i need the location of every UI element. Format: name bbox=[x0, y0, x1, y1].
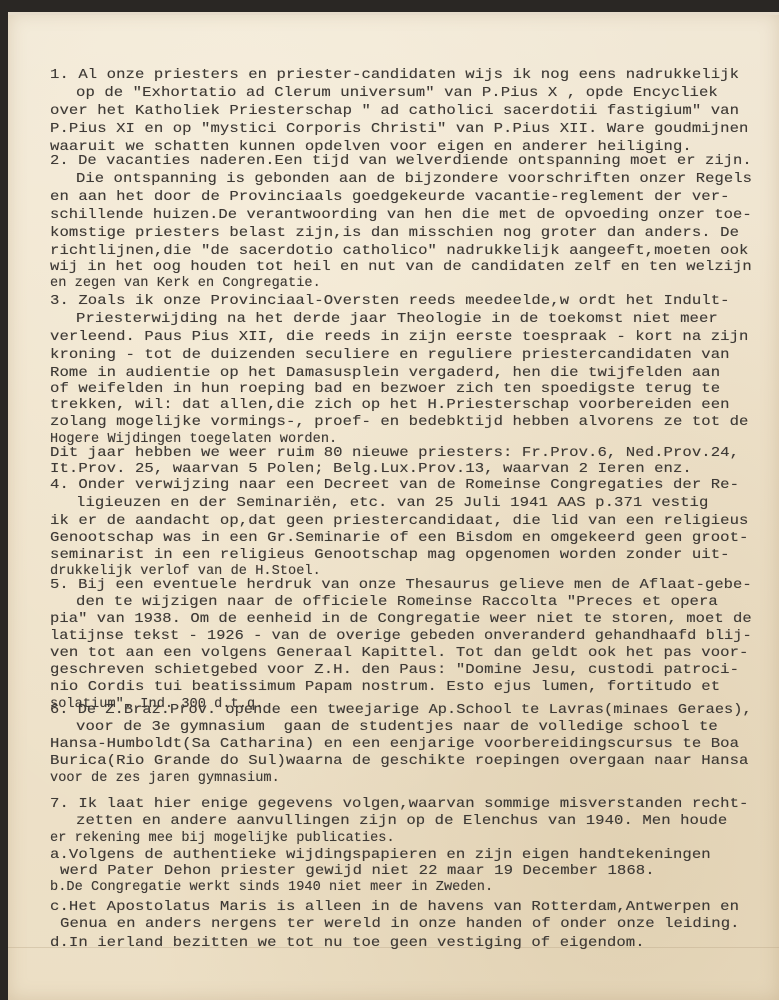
subitem-d-line-1: d.In ierland bezitten we tot nu toe geen… bbox=[50, 936, 645, 952]
section-6-line-2: voor de 3e gymnasium gaan de studentjes … bbox=[76, 720, 718, 736]
subitem-b-line-1: b.De Congregatie werkt sinds 1940 niet m… bbox=[50, 880, 493, 896]
section-3-line-3: verleend. Paus Pius XII, die reeds in zi… bbox=[50, 330, 748, 346]
section-7-line-2: zetten en andere aanvullingen zijn op de… bbox=[76, 814, 727, 830]
section-2-line-7: wij in het oog houden tot heil en nut va… bbox=[50, 260, 752, 276]
section-3-line-10: Dit jaar hebben we weer ruim 80 nieuwe p… bbox=[50, 446, 739, 462]
section-5-line-6: geschreven schietgebed voor Z.H. den Pau… bbox=[50, 663, 739, 679]
section-1-line-2: op de "Exhortatio ad Clerum universum" v… bbox=[76, 86, 718, 102]
section-4-line-2: ligieuzen en der Seminariën, etc. van 25… bbox=[76, 496, 708, 512]
section-3-line-5: Rome in audientie op het Damasusplein ve… bbox=[50, 366, 720, 382]
section-3-line-1: 3. Zoals ik onze Provinciaal-Oversten re… bbox=[50, 294, 730, 310]
section-5-line-7: nio Cordis tui beatissimum Papam nostrum… bbox=[50, 680, 720, 696]
paper-edge bbox=[8, 12, 779, 15]
section-3-line-8: zolang mogelijke vormings-, proef- en be… bbox=[50, 415, 748, 431]
section-3-line-2: Priesterwijding na het derde jaar Theolo… bbox=[76, 312, 718, 328]
section-1-line-3: over het Katholiek Priesterschap " ad ca… bbox=[50, 104, 739, 120]
section-5-line-1: 5. Bij een eventuele herdruk van onze Th… bbox=[50, 578, 752, 594]
section-3-line-4: kroning - tot de duizenden seculiere en … bbox=[50, 348, 730, 364]
subitem-a-line-2: werd Pater Dehon priester gewijd niet 22… bbox=[60, 864, 655, 880]
subitem-c-line-1: c.Het Apostolatus Maris is alleen in de … bbox=[50, 900, 739, 916]
section-2-line-1: 2. De vacanties naderen.Een tijd van wel… bbox=[50, 154, 752, 170]
section-5-line-5: ven tot aan een volgens Generaal Kapitte… bbox=[50, 646, 748, 662]
section-1-line-1: 1. Al onze priesters en priester-candida… bbox=[50, 68, 739, 84]
section-6-line-3: Hansa-Humboldt(Sa Catharina) en een eenj… bbox=[50, 737, 739, 753]
section-1-line-4: P.Pius XI en op "mystici Corporis Christ… bbox=[50, 122, 748, 138]
section-4-line-4: Genootschap was in een Gr.Seminarie of e… bbox=[50, 531, 748, 547]
section-2-line-5: komstige priesters belast zijn,is dan mi… bbox=[50, 226, 739, 242]
section-6-line-1: 6. De Z.Braz.Prov. opende een tweejarige… bbox=[50, 703, 752, 719]
section-5-line-2: den te wijzigen naar de officiele Romein… bbox=[76, 595, 718, 611]
section-3-line-7: trekken, wil: dat allen,die zich op het … bbox=[50, 398, 730, 414]
section-7-line-3: er rekening mee bij mogelijke publicatie… bbox=[50, 831, 395, 847]
section-4-line-1: 4. Onder verwijzing naar een Decreet van… bbox=[50, 478, 739, 494]
section-4-line-3: ik er de aandacht op,dat geen priesterca… bbox=[50, 514, 748, 530]
section-7-line-1: 7. Ik laat hier enige gegevens volgen,wa… bbox=[50, 797, 748, 813]
section-2-line-4: schillende huizen.De verantwoording van … bbox=[50, 208, 752, 224]
section-2-line-3: en aan het door de Provinciaals goedgeke… bbox=[50, 190, 730, 206]
section-2-line-6: richtlijnen,die "de sacerdotio catholico… bbox=[50, 244, 748, 260]
section-4-line-5: seminarist in een religieus Genootschap … bbox=[50, 548, 730, 564]
section-2-line-8: en zegen van Kerk en Congregatie. bbox=[50, 276, 321, 292]
section-6-line-4: Burica(Rio Grande do Sul)waarna de gesch… bbox=[50, 754, 748, 770]
subitem-c-line-2: Genua en anders nergens ter wereld in on… bbox=[60, 917, 740, 933]
section-5-line-3: pia" van 1938. Om de eenheid in de Congr… bbox=[50, 612, 752, 628]
scanned-document: 1. Al onze priesters en priester-candida… bbox=[0, 0, 779, 1000]
section-3-line-6: of weifelden in hun roeping bad en bezwo… bbox=[50, 382, 720, 398]
section-5-line-4: latijnse tekst - 1926 - van de overige g… bbox=[50, 629, 752, 645]
section-3-line-11: It.Prov. 25, waarvan 5 Polen; Belg.Lux.P… bbox=[50, 462, 692, 478]
section-2-line-2: Die ontspanning is gebonden aan de bijzo… bbox=[76, 172, 752, 188]
subitem-a-line-1: a.Volgens de authentieke wijdingspapiere… bbox=[50, 848, 711, 864]
section-6-line-5: voor de zes jaren gymnasium. bbox=[50, 771, 280, 787]
